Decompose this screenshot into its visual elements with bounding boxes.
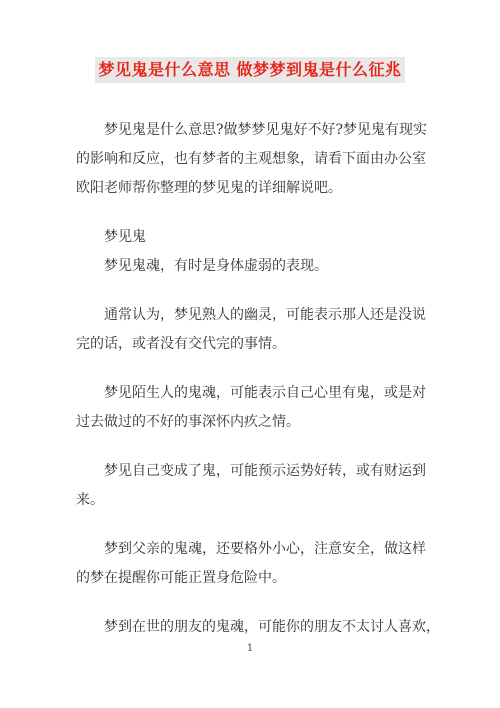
paragraph-acquaintance-ghost: 通常认为，梦见熟人的幽灵，可能表示那人还是没说 完的话，或者没有交代完的事情。 [76, 301, 440, 359]
text-line: 过去做过的不好的事深怀内疚之情。 [76, 408, 440, 437]
title-row: 梦见鬼是什么意思 做梦梦到鬼是什么征兆 [0, 0, 500, 83]
paragraph-heading-dream-ghost: 梦见鬼 [76, 223, 440, 252]
text-line: 梦到父亲的鬼魂，还要格外小心，注意安全，做这样 [76, 535, 440, 564]
paragraph-become-ghost: 梦见自己变成了鬼，可能预示运势好转，或有财运到 来。 [76, 457, 440, 515]
text-line: 梦见鬼 [76, 223, 440, 252]
text-line: 梦到在世的朋友的鬼魂，可能你的朋友不太讨人喜欢， [76, 613, 440, 642]
text-line: 欧阳老师帮你整理的梦见鬼的详细解说吧。 [76, 174, 440, 203]
text-line: 的影响和反应，也有梦者的主观想象，请看下面由办公室 [76, 145, 440, 174]
text-line: 的梦在提醒你可能正置身危险中。 [76, 564, 440, 593]
text-line: 来。 [76, 486, 440, 515]
text-line: 梦见鬼是什么意思?做梦梦见鬼好不好?梦见鬼有现实 [76, 116, 440, 145]
paragraph-friend-ghost: 梦到在世的朋友的鬼魂，可能你的朋友不太讨人喜欢， [76, 613, 440, 642]
text-line: 梦见鬼魂，有时是身体虚弱的表现。 [76, 252, 440, 281]
document-page: 梦见鬼是什么意思 做梦梦到鬼是什么征兆 梦见鬼是什么意思?做梦梦见鬼好不好?梦见… [0, 0, 500, 708]
paragraph-weak-body: 梦见鬼魂，有时是身体虚弱的表现。 [76, 252, 440, 281]
text-line: 梦见陌生人的鬼魂，可能表示自己心里有鬼，或是对 [76, 379, 440, 408]
paragraph-father-ghost: 梦到父亲的鬼魂，还要格外小心，注意安全，做这样 的梦在提醒你可能正置身危险中。 [76, 535, 440, 593]
document-body: 梦见鬼是什么意思?做梦梦见鬼好不好?梦见鬼有现实 的影响和反应，也有梦者的主观想… [76, 116, 440, 642]
paragraph-intro: 梦见鬼是什么意思?做梦梦见鬼好不好?梦见鬼有现实 的影响和反应，也有梦者的主观想… [76, 116, 440, 203]
document-title: 梦见鬼是什么意思 做梦梦到鬼是什么征兆 [95, 57, 404, 83]
text-line: 完的话，或者没有交代完的事情。 [76, 330, 440, 359]
paragraph-stranger-ghost: 梦见陌生人的鬼魂，可能表示自己心里有鬼，或是对 过去做过的不好的事深怀内疚之情。 [76, 379, 440, 437]
text-line: 梦见自己变成了鬼，可能预示运势好转，或有财运到 [76, 457, 440, 486]
text-line: 通常认为，梦见熟人的幽灵，可能表示那人还是没说 [76, 301, 440, 330]
page-number: 1 [0, 643, 500, 655]
